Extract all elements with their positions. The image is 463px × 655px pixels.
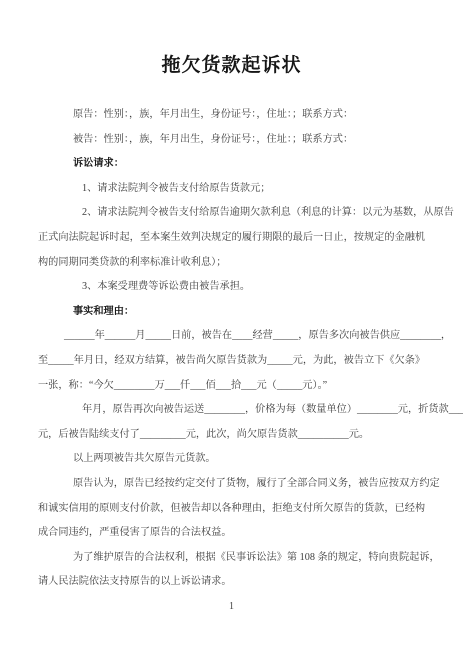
claim-item-2-line-2: 正式向法院起诉时起，至本案生效判决规定的履行期限的最后一日止，按规定的金融机: [38, 226, 425, 251]
closing-paragraph-line-2: 请人民法院依法支持原告的以上诉讼请求。: [38, 570, 425, 595]
facts-section-heading: 事实和理由：: [38, 300, 425, 325]
claim-item-2-line-3: 构的同期同类贷款的利率标准计收利息）；: [38, 251, 425, 276]
parties-section: 原告：性别：，族，年月出生，身份证号：，住址：；联系方式： 被告：性别：，族，年…: [38, 103, 425, 152]
facts-paragraph-1-line-1: ______年______月_____日前，被告在____经营_____，原告多…: [38, 324, 425, 349]
complaint-document-page: 拖欠货款起诉状 原告：性别：，族，年月出生，身份证号：，住址：；联系方式： 被告…: [0, 0, 463, 655]
facts-paragraph-1-line-2: 至_____年月日，经双方结算，被告尚欠原告货款为_____元，为此，被告立下《…: [38, 349, 425, 374]
claim-item-2-line-1: 2、请求法院判令被告支付给原告逾期欠款利息（利息的计算：以元为基数，从原告: [38, 201, 425, 226]
document-title: 拖欠货款起诉状: [38, 52, 425, 80]
facts-paragraph-2-line-2: 元，后被告陆续支付了_________元，此次，尚欠原告货款__________…: [38, 423, 425, 448]
facts-paragraph-4-line-1: 原告认为，原告已经按约定交付了货物，履行了全部合同义务，被告应按双方约定: [38, 472, 425, 497]
facts-section: 事实和理由： ______年______月_____日前，被告在____经营__…: [38, 300, 425, 595]
facts-paragraph-3: 以上两项被告共欠原告元货款。: [38, 447, 425, 472]
defendant-info-line: 被告：性别：，族，年月出生，身份证号：，住址：；联系方式：: [38, 128, 425, 153]
claims-section: 诉讼请求： 1、请求法院判令被告支付给原告货款元； 2、请求法院判令被告支付给原…: [38, 152, 425, 300]
plaintiff-info-line: 原告：性别：，族，年月出生，身份证号：，住址：；联系方式：: [38, 103, 425, 128]
claim-item-3: 3、本案受理费等诉讼费由被告承担。: [38, 275, 425, 300]
claims-section-heading: 诉讼请求：: [38, 152, 425, 177]
facts-paragraph-1-line-3: 一张，称：“今欠________万___仟___佰___拾___元（_____元…: [38, 374, 425, 399]
facts-paragraph-4-line-2: 和诚实信用的原则支付价款，但被告却以各种理由，拒绝支付所欠原告的货款，已经构: [38, 497, 425, 522]
facts-paragraph-2-line-1: 年月，原告再次向被告运送________，价格为每（数量单位）________元…: [38, 398, 425, 423]
claim-item-1: 1、请求法院判令被告支付给原告货款元；: [38, 177, 425, 202]
facts-paragraph-4-line-3: 成合同违约，严重侵害了原告的合法权益。: [38, 521, 425, 546]
page-number: 1: [38, 600, 425, 614]
closing-paragraph-line-1: 为了维护原告的合法权利，根据《民事诉讼法》第 108 条的规定，特向贵院起诉，: [38, 546, 425, 571]
